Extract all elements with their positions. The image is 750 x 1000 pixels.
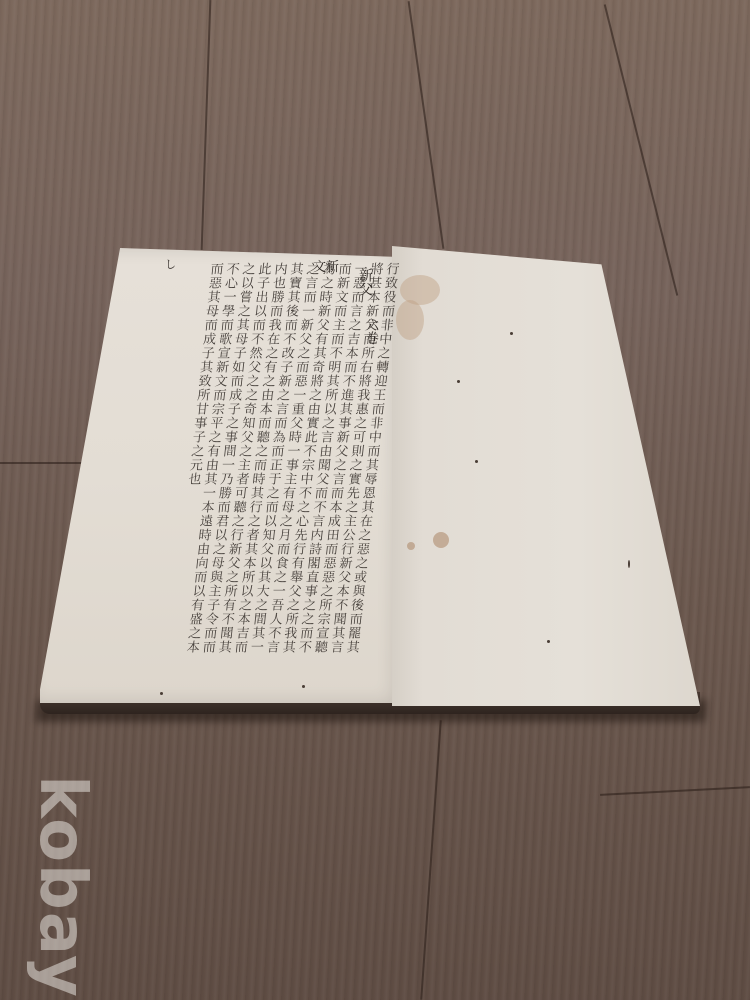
paper-speck — [628, 560, 630, 568]
watermark: kobay — [25, 767, 99, 1000]
water-stain — [407, 542, 415, 550]
paper-speck — [302, 685, 305, 688]
paper-speck — [510, 332, 513, 335]
paper-speck — [457, 380, 460, 383]
paper-speck — [475, 460, 478, 463]
handwritten-text: 行致役而非中之轉迎王而非中而其辱恩其在之惡之或與後而罷其將甚本新父而所右將我惠之… — [57, 262, 400, 667]
floor-plank-seam — [0, 462, 90, 464]
water-stain — [396, 300, 424, 340]
paper-speck — [547, 640, 550, 643]
paper-speck — [160, 692, 163, 695]
water-stain — [433, 532, 449, 548]
